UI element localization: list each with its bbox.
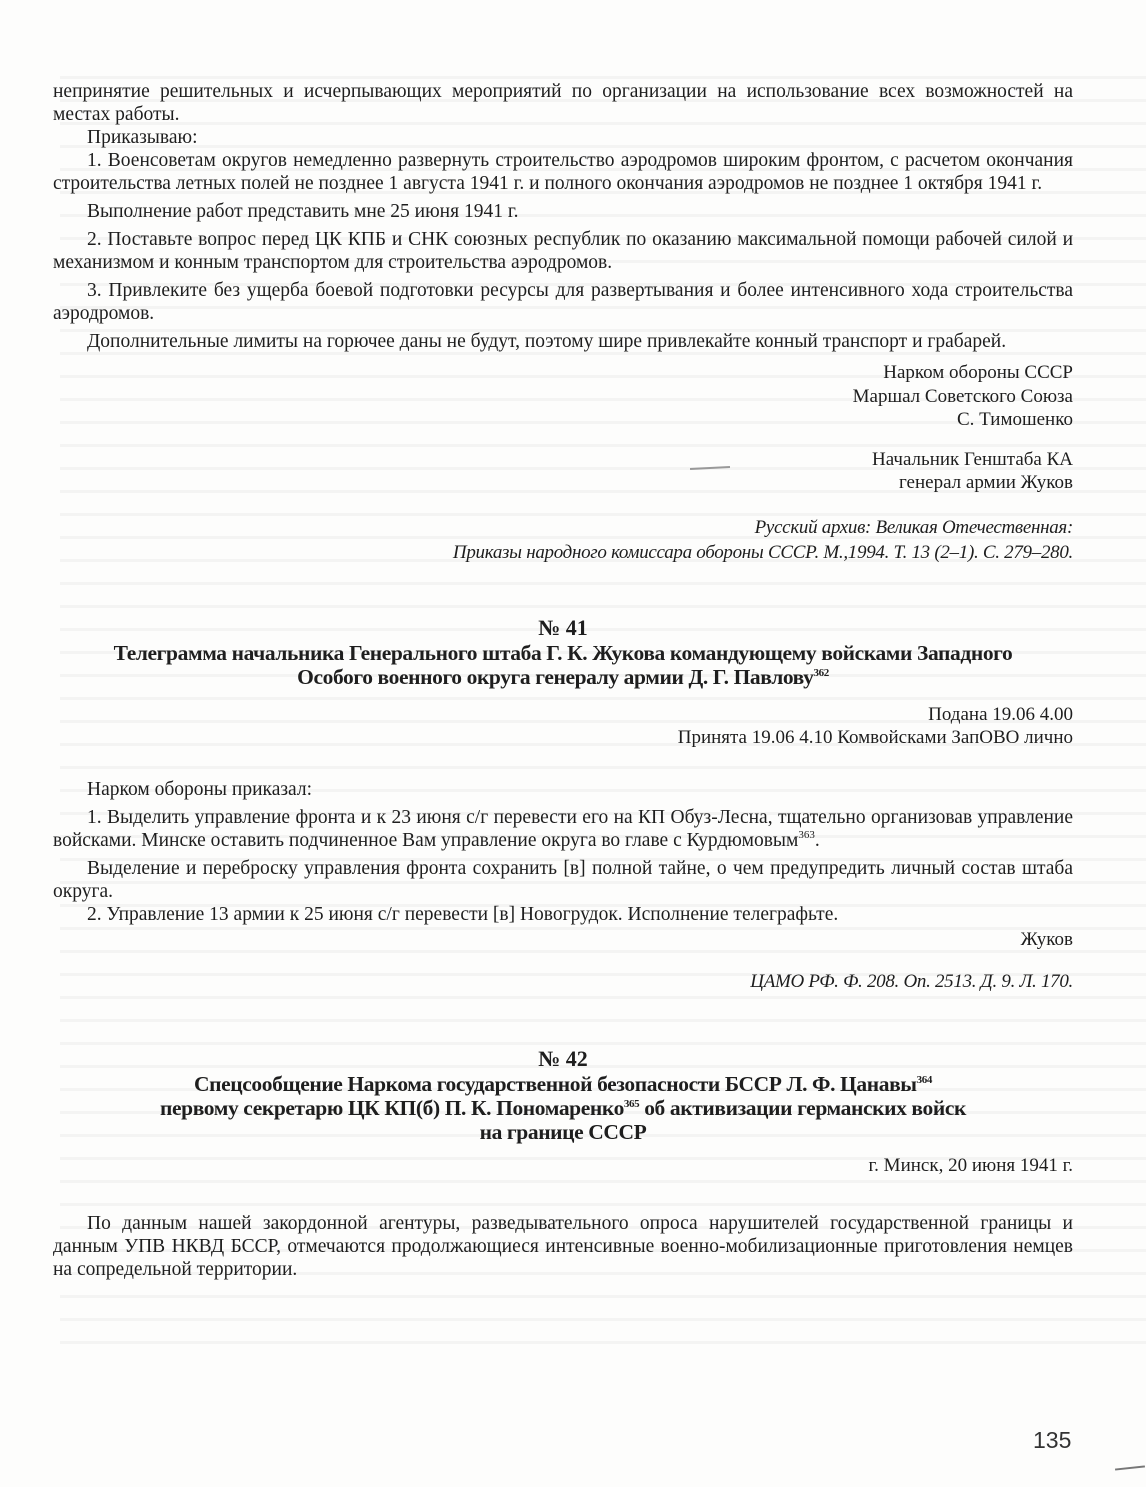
source-line: Русский архив: Великая Отечественная: [53,515,1073,540]
footnote-ref: 365 [624,1098,639,1110]
document-title: Спецсообщение Наркома государственной бе… [53,1072,1073,1096]
paragraph: 2. Поставьте вопрос перед ЦК КПБ и СНК с… [53,228,1073,274]
signature-block-1: Нарком обороны СССР Маршал Советского Со… [53,361,1073,432]
paragraph: непринятие решительных и исчерпывающих м… [53,80,1073,126]
signature-block-2: Начальник Генштаба КА генерал армии Жуко… [53,448,1073,495]
paragraph: 1. Военсоветам округов немедленно развер… [53,149,1073,195]
doc42-heading: № 42 Спецсообщение Наркома государственн… [53,1046,1073,1144]
signature-line: Жуков [53,928,1073,952]
meta-line: Подана 19.06 4.00 [53,703,1073,727]
footnote-ref: 362 [814,667,829,679]
footnote-ref: 364 [917,1074,932,1086]
paragraph: Нарком обороны приказал: [53,778,1073,801]
paragraph: Выделение и переброску управления фронта… [53,857,1073,903]
doc41-heading: № 41 Телеграмма начальника Генерального … [53,615,1073,689]
paragraph: Выполнение работ представить мне 25 июня… [53,200,1073,223]
document-title: Телеграмма начальника Генерального штаба… [53,641,1073,665]
paragraph: 3. Привлеките без ущерба боевой подготов… [53,279,1073,325]
signature-line: генерал армии Жуков [53,471,1073,495]
place-date: г. Минск, 20 июня 1941 г. [53,1154,1073,1178]
signature-line: Нарком обороны СССР [53,361,1073,385]
paragraph: Дополнительные лимиты на горючее даны не… [53,330,1073,353]
signature-line: Начальник Генштаба КА [53,448,1073,472]
source-citation: Русский архив: Великая Отечественная: Пр… [53,515,1073,565]
signature-line: Маршал Советского Союза [53,385,1073,409]
paragraph: 1. Выделить управление фронта и к 23 июн… [53,806,1073,852]
paragraph: По данным нашей закордонной агентуры, ра… [53,1212,1073,1281]
meta-line: Принята 19.06 4.10 Комвойсками ЗапОВО ли… [53,726,1073,750]
document-title: на границе СССР [53,1120,1073,1144]
paragraph: Приказываю: [53,126,1073,149]
page-number: 135 [1033,1427,1071,1454]
stray-mark [1115,1465,1145,1470]
document-number: № 42 [53,1046,1073,1072]
source-line: Приказы народного комиссара обороны СССР… [53,540,1073,565]
paragraph: 2. Управление 13 армии к 25 июня с/г пер… [53,903,1073,926]
source-citation: ЦАМО РФ. Ф. 208. Оп. 2513. Д. 9. Л. 170. [53,969,1073,994]
document-number: № 41 [53,615,1073,641]
document-title: первому секретарю ЦК КП(б) П. К. Пономар… [53,1096,1073,1120]
signature-line: С. Тимошенко [53,408,1073,432]
footnote-ref: 363 [798,829,815,841]
telegram-meta: Подана 19.06 4.00 Принята 19.06 4.10 Ком… [53,703,1073,750]
document-title: Особого военного округа генералу армии Д… [53,665,1073,689]
page-body: непринятие решительных и исчерпывающих м… [53,80,1073,1281]
